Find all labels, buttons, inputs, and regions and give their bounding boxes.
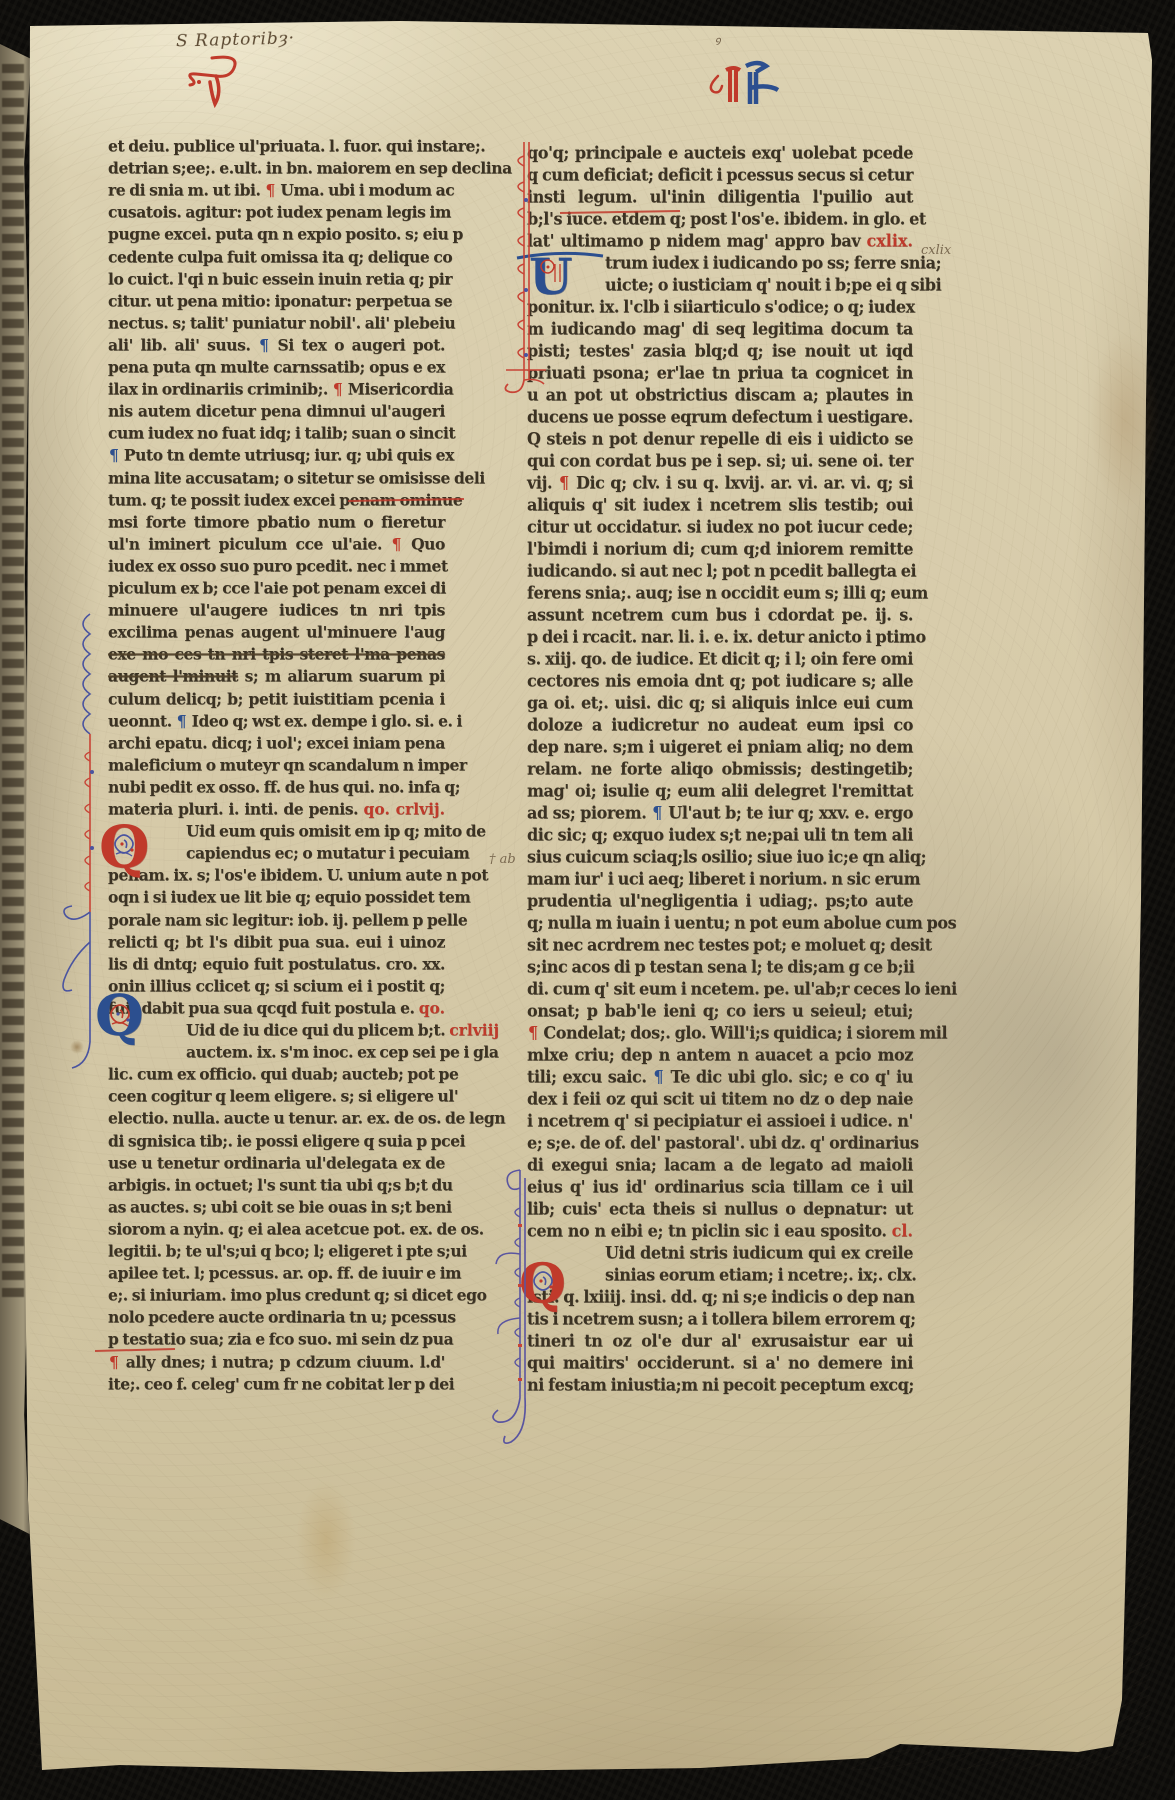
text-line: e; s;e. de of. del' pastoral'. ubi dz. q… (527, 1133, 913, 1155)
header-inscription: S Raptoribȝ· (176, 28, 296, 51)
text-line: p dei i rcacit. nar. li. i. e. ix. detur… (527, 627, 913, 649)
text-line: exe mo ces tn nri tpis steret l'ma penas (108, 644, 445, 666)
text-line: aliquis q' sit iudex i ncetrem slis test… (527, 495, 913, 517)
manuscript-photo: { "header": { "inscription": "S Raptorib… (0, 0, 1175, 1800)
filigree-chain-left-margin (56, 612, 106, 1082)
text-line: lo cuict. l'qi n buic essein inuin retia… (108, 269, 445, 291)
text-line: culum delicq; b; petit iuistitiam pcenia… (108, 689, 445, 711)
text-line: eius q' ius id' ordinarius scia tillam c… (527, 1177, 913, 1199)
text-line: di exegui snia; lacam a de legato ad mai… (527, 1155, 913, 1177)
text-line: arbigis. in octuet; l's sunt tia ubi q;s… (108, 1175, 445, 1197)
text-line: fuit dabit pua sua qcqd fuit postula e. … (108, 998, 445, 1020)
text-line: nis autem dicetur pena dimnui ul'augeri (108, 401, 445, 423)
text-line: i ncetrem q' si pecipiatur ei assioei i … (527, 1111, 913, 1133)
text-line: tis i ncetrem susn; a i tollera bilem er… (527, 1309, 913, 1331)
text-line: ¶ ally dnes; i nutra; p cdzum ciuum. l.d… (108, 1352, 445, 1374)
text-line: ponitur. ix. l'clb i siiarticulo s'odice… (527, 297, 913, 319)
filigree-infill (108, 828, 148, 868)
text-line: nubi pedit ex osso. ff. de hus qui. no. … (108, 777, 445, 799)
text-line: cem no n eibi e; tn piclin sic i eau spo… (527, 1221, 913, 1243)
text-line: e;. si iniuriam. imo plus credunt q; si … (108, 1285, 445, 1307)
text-line: Uid de iu dice qui du plicem b;t. crlvii… (108, 1020, 445, 1042)
text-line: lic. cum ex officio. qui duab; aucteb; p… (108, 1064, 445, 1086)
text-line: q; nulla m iuain i uentu; n pot eum abol… (527, 913, 913, 935)
text-line: ¶ Puto tn demte utriusq; iur. q; ubi qui… (108, 445, 445, 467)
filigree-infill (104, 998, 144, 1038)
text-line: cusatois. agitur: pot iudex penam legis … (108, 202, 445, 224)
text-line: onsat; p bab'le ieni q; co iers u seieul… (527, 1001, 913, 1023)
text-line: ad ss; piorem. ¶ Ul'aut b; te iur q; xxv… (527, 803, 913, 825)
text-line: ducens ue posse eqrum defectum i uestiga… (527, 407, 913, 429)
text-line: iudex ex osso suo puro pcedit. nec i mme… (108, 556, 445, 578)
text-line: s. xiij. qo. de iudice. Et dicit q; i l;… (527, 649, 913, 671)
text-line: siorom a nyin. q; ei alea acetcue pot. e… (108, 1219, 445, 1241)
text-line: ueonnt. ¶ Ideo q; wst ex. dempe i glo. s… (108, 711, 445, 733)
text-line: electio. nulla. aucte u tenur. ar. ex. d… (108, 1108, 445, 1130)
text-line: cedente culpa fuit omissa ita q; delique… (108, 247, 445, 269)
margin-note-chapter: cxlix (921, 243, 951, 258)
text-line: di sgnisica tib;. ie possi eligere q sui… (108, 1131, 445, 1153)
text-line: citur ut occidatur. si iudex no pot iucu… (527, 517, 913, 539)
text-line: ali' lib. ali' suus. ¶ Si tex o augeri p… (108, 335, 445, 357)
text-line: archi epatu. dicq; i uol'; excei iniam p… (108, 733, 445, 755)
text-line: as auctes. s; ubi coit se bie ouas in s;… (108, 1197, 445, 1219)
text-line: Q steis n pot denur repelle di eis i uid… (527, 429, 913, 451)
text-line: l'bimdi i norium di; cum q;d iniorem rem… (527, 539, 913, 561)
text-line: lib; cuis' ecta theis si nullus o depnat… (527, 1199, 913, 1221)
text-line: re di snia m. ut ibi. ¶ Uma. ubi i modum… (108, 180, 445, 202)
text-line: nolo pcedere aucte ordinaria tn u; pcess… (108, 1307, 445, 1329)
text-line: mina lite accusatam; o sitetur se omisis… (108, 468, 445, 490)
text-line: capiendus ec; o mutatur i pecuiam (108, 843, 445, 865)
text-line: Uid detni stris iudicum qui ex creile (527, 1243, 913, 1265)
text-line: ceen cogitur q leem eligere. s; si elige… (108, 1086, 445, 1108)
text-line: relicti q; bt l's dibit pua sua. eui i u… (108, 932, 445, 954)
text-line: porale nam sic legitur: iob. ij. pellem … (108, 910, 445, 932)
text-line: oqn i si iudex ue lit bie q; equio possi… (108, 887, 445, 909)
text-line: mag' oi; isulie q; eum alii delegret l'r… (527, 781, 913, 803)
text-line: insti legum. ul'inin diligentia l'puilio… (527, 187, 913, 209)
facing-page-text-blur (2, 64, 24, 1304)
text-line: u an pot ut obstrictius discam a; plaute… (527, 385, 913, 407)
paraph-icon (182, 52, 262, 112)
quire-mark (700, 58, 790, 113)
text-line: vij. ¶ Dic q; clv. i su q. lxvij. ar. vi… (527, 473, 913, 495)
text-line: maleficium o muteyr qn scandalum n imper (108, 755, 445, 777)
text-line: qui maitirs' occiderunt. si a' no demere… (527, 1353, 913, 1375)
text-line: ¶ Condelat; dos;. glo. Will'i;s quidica;… (527, 1023, 913, 1045)
text-line: qui con cordat bus pe i sep. si; ui. sen… (527, 451, 913, 473)
text-line: assunt ncetrem cum bus i cdordat pe. ij.… (527, 605, 913, 627)
text-line: ul'n iminert piculum cce ul'aie. ¶ Quo (108, 534, 445, 556)
text-line: penam. ix. s; l'os'e ibidem. U. unium au… (108, 865, 445, 887)
text-line: tili; excu saic. ¶ Te dic ubi glo. sic; … (527, 1067, 913, 1089)
text-line: legitii. b; te ul's;ui q bco; l; eligere… (108, 1241, 445, 1263)
text-line: apilee tet. l; pcessus. ar. op. ff. de i… (108, 1263, 445, 1285)
text-line: ilax in ordinariis criminib;. ¶ Miserico… (108, 379, 445, 401)
text-line: cectores nis emoia dnt q; pot iudicare s… (527, 671, 913, 693)
text-line: cum iudex no fuat idq; i talib; suan o s… (108, 423, 445, 445)
text-line: msi forte timore pbatio num o fieretur (108, 512, 445, 534)
text-line: s;inc acos di p testan sena l; te dis;am… (527, 957, 913, 979)
text-line: use u tenetur ordinaria ul'delegata ex d… (108, 1153, 445, 1175)
text-line: qo'q; principale e aucteis exq' uolebat … (527, 143, 913, 165)
text-line: dic sic; q; exquo iudex s;t ne;pai uli t… (527, 825, 913, 847)
text-line: Uid eum quis omisit em ip q; mito de (108, 821, 445, 843)
text-line: dep nare. s;m i uigeret ei pniam aliq; n… (527, 737, 913, 759)
text-line: nectus. s; talit' puniatur nobil'. ali' … (108, 313, 445, 335)
text-line: augent l'minuit s; m aliarum suarum pi (108, 666, 445, 688)
text-line: dex i feii oz qui scit ui titem no dz o … (527, 1089, 913, 1111)
text-line: prudentia ul'negligentia i udiag;. ps;to… (527, 891, 913, 913)
text-line: isti. q. lxiiij. insi. dd. q; ni s;e ind… (527, 1287, 913, 1309)
text-line: m iudicando mag' di seq legitima docum t… (527, 319, 913, 341)
initial-q-red-left: Q (99, 818, 150, 876)
text-line: doloze a iudicretur no audeat eum ipsi c… (527, 715, 913, 737)
filigree-chain-gutter-top (500, 140, 550, 420)
text-line: et deiu. publice ul'priuata. l. fuor. qu… (108, 136, 445, 158)
text-line: tineri tn oz ol'e dur al' exrusaistur ea… (527, 1331, 913, 1353)
text-line: auctem. ix. s'm inoc. ex cep sei pe i gl… (108, 1042, 445, 1064)
filigree-chain-gutter-bottom (486, 1168, 541, 1468)
text-line: excilima penas augent ul'minuere l'aug (108, 622, 445, 644)
text-line: ni festam iniustia;m ni pecoit peceptum … (527, 1375, 913, 1397)
text-line: relam. ne forte aliqo obmissis; destinge… (527, 759, 913, 781)
text-line: pugne excei. puta qn n expio posito. s; … (108, 224, 445, 246)
header-tick-mark: ꝰ (714, 32, 720, 52)
text-line: citur. ut pena mitio: iponatur: perpetua… (108, 291, 445, 313)
text-line: minuere ul'augere iudices tn nri tpis (108, 600, 445, 622)
text-line: ga oi. et;. uisi. dic q; si aliquis inlc… (527, 693, 913, 715)
text-line: mam iur' i uci aeq; liberet i norium. n … (527, 869, 913, 891)
text-line: detrian s;ee;. e.ult. in bn. maiorem en … (108, 158, 445, 180)
text-line: sit nec acrdrem nec testes pot; e moluet… (527, 935, 913, 957)
text-line: sinias eorum etiam; i ncetre;. ix;. clx. (527, 1265, 913, 1287)
text-line: onin illius cclicet q; si scium ei i pos… (108, 976, 445, 998)
text-line: piculum ex b; cce l'aie pot penam excei … (108, 578, 445, 600)
text-line: ferens snia;. auq; ise n occidit eum s; … (527, 583, 913, 605)
text-line: iudicando. si aut nec l; pot n pcedit ba… (527, 561, 913, 583)
text-line: priuati psona; er'lae tn priua ta cognic… (527, 363, 913, 385)
margin-note-gutter: † ab (489, 852, 516, 867)
text-line: q cum deficiat; deficit i pcessus secus … (527, 165, 913, 187)
text-line: pena puta qn multe carnssatib; opus e ex (108, 357, 445, 379)
text-line: mlxe criu; dep n antem n auacet a pcio m… (527, 1045, 913, 1067)
text-line: lis di dntq; equio fuit postulatus. cro.… (108, 954, 445, 976)
text-line: ite;. ceo f. celeg' cum fr ne cobitat le… (108, 1374, 445, 1396)
text-line: sius cuicum sciaq;ls osilio; siue iuo ic… (527, 847, 913, 869)
text-line: pisti; testes' zasia blq;d q; ise nouit … (527, 341, 913, 363)
text-line: materia pluri. i. inti. de penis. qo. cr… (108, 799, 445, 821)
text-line: di. cum q' sit eum i ncetem. pe. ul'ab;r… (527, 979, 913, 1001)
